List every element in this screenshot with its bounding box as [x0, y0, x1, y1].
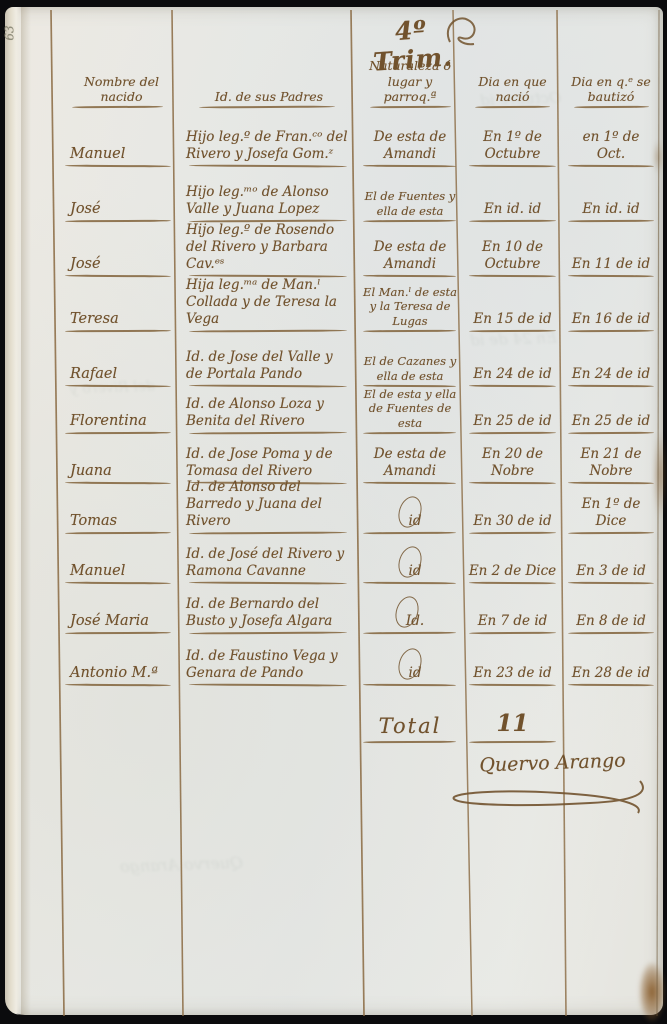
cell-parents: Hijo leg.º de Rosendo del Rivero y Barba…: [178, 223, 357, 278]
cell-baptized: En 8 de id: [562, 585, 660, 635]
header-origin: Naturaleza ó lugar y parroq.ª: [357, 60, 463, 112]
cell-name: Florentina: [58, 388, 178, 435]
total-value: 11: [463, 687, 562, 744]
cell-name: Manuel: [58, 112, 178, 168]
cell-born: En 30 de id: [463, 485, 562, 535]
cell-name: Tomas: [58, 485, 178, 535]
heading-flourish: [440, 12, 490, 52]
header-day-baptized: Dia en q.ᵉ se bautizó: [562, 60, 660, 112]
cell-origin: id: [357, 485, 463, 535]
cell-born: En 1º de Octubre: [463, 112, 562, 168]
table-row: Florentina Id. de Alonso Loza y Benita d…: [58, 388, 660, 435]
cell-born: En 25 de id: [463, 388, 562, 435]
cell-origin: De esta de Amandi: [357, 112, 463, 168]
cell-baptized: En 28 de id: [562, 635, 660, 687]
cell-name: José: [58, 223, 178, 278]
header-day-born: Dia en que nació: [463, 60, 562, 112]
cell-baptized: En 1º de Dice: [562, 485, 660, 535]
cell-parents: Id. de Faustino Vega y Genara de Pando: [178, 635, 357, 687]
cell-baptized: en 1º de Oct.: [562, 112, 660, 168]
cell-parents: Id. de Jose del Valle y de Portala Pando: [178, 333, 357, 388]
cell-baptized: En 16 de id: [562, 278, 660, 333]
table-row: Juana Id. de Jose Poma y de Tomasa del R…: [58, 435, 660, 485]
signature-rubric: [440, 775, 660, 825]
header-parents: Id. de sus Padres: [178, 60, 357, 112]
cell-origin: El de Cazanes y ella de esta: [357, 333, 463, 388]
cell-name: José Maria: [58, 585, 178, 635]
cell-parents: Hijo leg.º de Fran.ᶜᵒ del Rivero y Josef…: [178, 112, 357, 168]
cell-name: José: [58, 168, 178, 223]
document-scan: En 24 de id del Rivero y Octubre id Quer…: [0, 0, 667, 1024]
cell-parents: Id. de José del Rivero y Ramona Cavanne: [178, 535, 357, 585]
cell-parents: Id. de Bernardo del Busto y Josefa Algar…: [178, 585, 357, 635]
cell-origin: Id.: [357, 585, 463, 635]
cell-born: En 23 de id: [463, 635, 562, 687]
cell-name: Rafael: [58, 333, 178, 388]
cell-baptized: En 3 de id: [562, 535, 660, 585]
cell-origin: De esta de Amandi: [357, 223, 463, 278]
cell-parents: Hija leg.ᵐᵃ de Man.ˡ Collada y de Teresa…: [178, 278, 357, 333]
cell-origin: De esta de Amandi: [357, 435, 463, 485]
cell-name: Teresa: [58, 278, 178, 333]
cell-origin: El de Fuentes y ella de esta: [357, 168, 463, 223]
cell-baptized: En id. id: [562, 168, 660, 223]
table-row: Teresa Hija leg.ᵐᵃ de Man.ˡ Collada y de…: [58, 278, 660, 333]
total-label: Total: [357, 687, 463, 744]
table-row: Manuel Hijo leg.º de Fran.ᶜᵒ del Rivero …: [58, 112, 660, 168]
cell-born: En 7 de id: [463, 585, 562, 635]
folio-number: 63: [3, 25, 17, 40]
cell-name: Juana: [58, 435, 178, 485]
cell-born: En 2 de Dice: [463, 535, 562, 585]
register-table: Nombre del nacido Id. de sus Padres Natu…: [58, 60, 660, 744]
cell-parents: Id. de Alonso del Barredo y Juana del Ri…: [178, 485, 357, 535]
table-row: Rafael Id. de Jose del Valle y de Portal…: [58, 333, 660, 388]
total-row: Total 11: [58, 687, 660, 744]
table-row: José Maria Id. de Bernardo del Busto y J…: [58, 585, 660, 635]
cell-baptized: En 11 de id: [562, 223, 660, 278]
cell-name: Manuel: [58, 535, 178, 585]
cell-parents: Hijo leg.ᵐᵒ de Alonso Valle y Juana Lope…: [178, 168, 357, 223]
cell-born: En 10 de Octubre: [463, 223, 562, 278]
cell-origin: El de esta y ella de Fuentes de esta: [357, 388, 463, 435]
cell-parents: Id. de Jose Poma y de Tomasa del Rivero: [178, 435, 357, 485]
cell-baptized: En 25 de id: [562, 388, 660, 435]
table-row: Antonio M.ª Id. de Faustino Vega y Genar…: [58, 635, 660, 687]
cell-born: En 24 de id: [463, 333, 562, 388]
cell-origin: El Man.ˡ de esta y la Teresa de Lugas: [357, 278, 463, 333]
cell-origin: id: [357, 635, 463, 687]
header-name: Nombre del nacido: [58, 60, 178, 112]
table-row: José Hijo leg.º de Rosendo del Rivero y …: [58, 223, 660, 278]
cell-name: Antonio M.ª: [58, 635, 178, 687]
cell-baptized: En 21 de Nobre: [562, 435, 660, 485]
table-header-row: Nombre del nacido Id. de sus Padres Natu…: [58, 60, 660, 112]
cell-baptized: En 24 de id: [562, 333, 660, 388]
cell-born: En 20 de Nobre: [463, 435, 562, 485]
table-row: Manuel Id. de José del Rivero y Ramona C…: [58, 535, 660, 585]
cell-parents: Id. de Alonso Loza y Benita del Rivero: [178, 388, 357, 435]
cell-origin: id: [357, 535, 463, 585]
cell-born: En 15 de id: [463, 278, 562, 333]
table-row: Tomas Id. de Alonso del Barredo y Juana …: [58, 485, 660, 535]
cell-born: En id. id: [463, 168, 562, 223]
table-row: José Hijo leg.ᵐᵒ de Alonso Valle y Juana…: [58, 168, 660, 223]
